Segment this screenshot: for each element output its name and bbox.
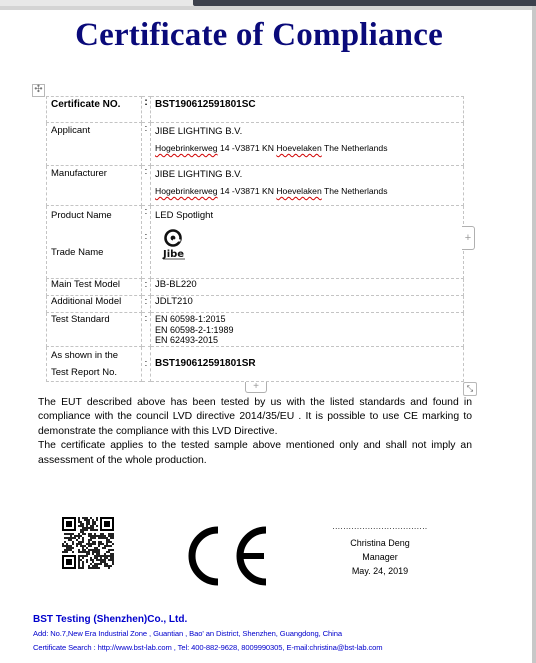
company-name: BST Testing (Shenzhen)Co., Ltd. <box>33 614 383 625</box>
trade-name-label: Trade Name <box>51 247 137 258</box>
address-mid: 14 -V3871 KN <box>218 186 277 196</box>
ce-mark-icon <box>180 524 270 588</box>
manufacturer-name: JIBE LIGHTING B.V. <box>155 168 459 182</box>
additional-model-label: Additional Model <box>47 296 142 313</box>
table-row-manufacturer: Manufacturer : JIBE LIGHTING B.V. Hogebr… <box>47 166 464 206</box>
test-standard-3: EN 62493-2015 <box>155 335 459 346</box>
address-street: Hogebrinkerweg <box>155 186 218 196</box>
test-report-value: BST190612591801SR <box>151 346 464 381</box>
product-name-label: Product Name <box>51 210 137 221</box>
address-mid: 14 -V3871 KN <box>218 143 277 153</box>
address-city: Hoevelaken <box>276 186 321 196</box>
additional-model-value: JDLT210 <box>151 296 464 313</box>
test-report-label-line2: Test Report No. <box>51 364 137 381</box>
colon: : <box>142 123 151 166</box>
signature-block: ................................... Chri… <box>330 524 430 578</box>
table-row-certificate-no: Certificate NO. : BST190612591801SC <box>47 97 464 123</box>
table-row-test-report: As shown in the Test Report No. : BST190… <box>47 346 464 381</box>
table-row-main-model: Main Test Model : JB-BL220 <box>47 279 464 296</box>
resize-icon[interactable]: ⤡ <box>463 382 477 396</box>
statement-paragraph-2: The certificate applies to the tested sa… <box>38 439 472 468</box>
colon: : <box>144 206 148 217</box>
signature-line: ................................... <box>330 524 430 530</box>
manufacturer-label: Manufacturer <box>47 166 142 206</box>
test-standard-label: Test Standard <box>47 313 142 347</box>
applicant-name: JIBE LIGHTING B.V. <box>155 125 459 139</box>
signatory-title: Manager <box>330 550 430 564</box>
move-icon[interactable]: ✣ <box>32 84 45 97</box>
table-row-product-trade: Product Name Trade Name : : LED Spotligh… <box>47 206 464 279</box>
footer: BST Testing (Shenzhen)Co., Ltd. Add: No.… <box>33 614 383 657</box>
test-standard-2: EN 60598-2-1:1989 <box>155 325 459 336</box>
vertical-scrollbar[interactable] <box>532 6 536 663</box>
test-standard-1: EN 60598-1:2015 <box>155 314 459 325</box>
colon: : <box>142 346 151 381</box>
manufacturer-address: Hogebrinkerweg 14 -V3871 KN Hoevelaken T… <box>155 184 459 198</box>
table-row-applicant: Applicant : JIBE LIGHTING B.V. Hogebrink… <box>47 123 464 166</box>
applicant-address: Hogebrinkerweg 14 -V3871 KN Hoevelaken T… <box>155 141 459 155</box>
qr-code-icon <box>62 517 114 569</box>
add-column-button[interactable]: + <box>462 226 475 250</box>
certificate-info-table: Certificate NO. : BST190612591801SC Appl… <box>46 96 464 382</box>
compliance-statement: The EUT described above has been tested … <box>38 396 472 468</box>
address-street: Hogebrinkerweg <box>155 143 218 153</box>
address-city: Hoevelaken <box>276 143 321 153</box>
colon: : <box>142 296 151 313</box>
document-title: Certificate of Compliance <box>0 17 518 54</box>
certificate-search: Certificate Search : http://www.bst-lab.… <box>33 643 383 652</box>
add-row-button[interactable]: + <box>245 382 267 393</box>
colon: : <box>144 231 148 242</box>
product-name-value: LED Spotlight <box>155 210 459 221</box>
signatory-name: Christina Deng <box>330 536 430 550</box>
colon: : <box>142 97 151 123</box>
certificate-no-value: BST190612591801SC <box>151 97 464 123</box>
main-test-model-value: JB-BL220 <box>151 279 464 296</box>
test-report-label-line1: As shown in the <box>51 347 137 364</box>
applicant-label: Applicant <box>47 123 142 166</box>
signature-date: May. 24, 2019 <box>330 564 430 578</box>
table-row-test-standard: Test Standard : EN 60598-1:2015 EN 60598… <box>47 313 464 347</box>
colon: : <box>142 279 151 296</box>
statement-paragraph-1: The EUT described above has been tested … <box>38 396 472 439</box>
company-address: Add: No.7,New Era Industrial Zone , Guan… <box>33 629 383 638</box>
colon: : <box>142 166 151 206</box>
jibe-logo-icon: Jibe <box>161 227 187 261</box>
address-country: The Netherlands <box>322 143 388 153</box>
address-country: The Netherlands <box>322 186 388 196</box>
table-row-additional-model: Additional Model : JDLT210 <box>47 296 464 313</box>
certificate-no-label: Certificate NO. <box>47 97 142 123</box>
colon: : <box>142 313 151 347</box>
main-test-model-label: Main Test Model <box>47 279 142 296</box>
logo-text: Jibe <box>162 249 184 260</box>
